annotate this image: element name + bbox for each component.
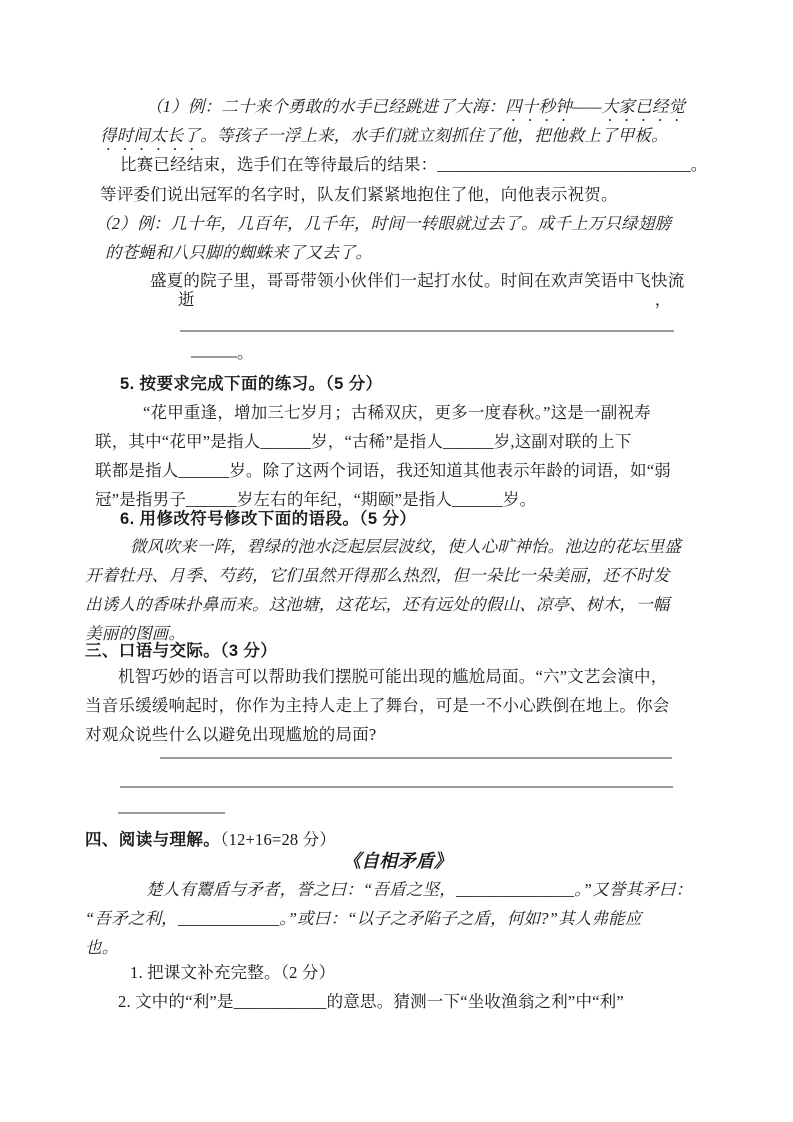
question6-line2: 开着牡丹、月季、芍药，它们虽然开得那么热烈，但一朵比一朵美丽，还不时发 [85, 563, 670, 589]
question5-line2: 联，其中“花甲”是指人______岁，“古稀”是指人______岁,这副对联的上… [95, 429, 632, 455]
question5-line1: “花甲重逢，增加三七岁月；古稀双庆，更多一度春秋。”这是一副祝寿 [143, 400, 651, 426]
answer-line [160, 757, 672, 759]
question6-heading: 6. 用修改符号修改下面的语段。（5 分） [120, 506, 416, 532]
answer-line [180, 330, 674, 332]
section3-line1: 机智巧妙的语言可以帮助我们摆脱可能出现的尴尬局面。“六”文艺会演中， [118, 664, 667, 690]
reading-item2: 2. 文中的“利”是___________的意思。猜测一下“坐收渔翁之利”中“利… [118, 989, 624, 1015]
question6-line3: 出诱人的香味扑鼻而来。这池塘，这花坛，还有远处的假山、凉亭、树木，一幅 [85, 592, 670, 618]
passage-line2: “吾矛之利，____________。”或曰：“以子之矛陷子之盾，何如?”其人弗… [85, 906, 642, 932]
answer-line-short [118, 812, 225, 814]
example2-line2: 的苍蝇和八只脚的蜘蛛来了又去了。 [105, 240, 372, 266]
fill-in-sentence-congrats: 等评委们说出冠军的名字时，队友们紧紧地抱住了他，向他表示祝贺。 [100, 182, 618, 208]
passage-title: 《自相矛盾》 [85, 848, 710, 874]
char-shi: 逝 [178, 290, 195, 309]
emphasis-dots-text: 四十秒钟 [505, 97, 572, 116]
section4-heading-title: 四、阅读与理解。 [85, 831, 220, 849]
example1-line1: （1）例：二十来个勇敢的水手已经跳进了大海：四十秒钟——大家已经觉 [146, 94, 685, 125]
question5-heading: 5. 按要求完成下面的练习。（5 分） [120, 371, 382, 397]
section3-heading: 三、口语与交际。（3 分） [85, 638, 277, 664]
emphasis-dots-text: 得时间太长了 [100, 126, 200, 145]
fill-in-sentence-result: 比赛已经结束，选手们在等待最后的结果：_____________________… [120, 152, 708, 178]
answer-line [120, 786, 673, 788]
question5-line3: 联都是指人______岁。除了这两个词语，我还知道其他表示年龄的词语，如“弱 [95, 458, 671, 484]
section3-line2: 当音乐缓缓响起时，你作为主持人走上了舞台，可是一不小心跌倒在地上。你会 [85, 693, 670, 719]
answer-blank [191, 343, 237, 358]
reading-item1: 1. 把课文补充完整。（2 分） [130, 960, 335, 986]
question6-line1: 微风吹来一阵，碧绿的池水泛起层层波纹，使人心旷神怡。池边的花坛里盛 [130, 534, 681, 560]
example1-line2-text: 。等孩子一浮上来，水手们就立刻抓住了他，把他救上了甲板。 [200, 126, 668, 145]
answer-blank-with-period: 。 [191, 340, 254, 366]
period: 。 [237, 343, 254, 362]
em-dash: —— [572, 97, 602, 116]
exam-paper-page: （1）例：二十来个勇敢的水手已经跳进了大海：四十秒钟——大家已经觉 得时间太长了… [0, 0, 793, 1122]
emphasis-dots-text: 大家已经觉 [602, 97, 686, 116]
example1-line2: 得时间太长了。等孩子一浮上来，水手们就立刻抓住了他，把他救上了甲板。 [100, 123, 668, 154]
example1-line1-text: （1）例：二十来个勇敢的水手已经跳进了大海： [146, 97, 505, 116]
trailing-comma: ， [655, 290, 672, 309]
section4-heading-score: （12+16=28 分） [220, 830, 336, 849]
example2-line1: （2）例：几十年，几百年，几千年，时间一转眼就过去了。成千上万只绿翅膀 [95, 211, 671, 237]
passage-line3: 也。 [85, 935, 118, 961]
passage-line1: 楚人有鬻盾与矛者，誉之曰：“吾盾之坚，______________。”又誉其矛曰… [146, 877, 692, 903]
fill-in-sentence-continuation: 逝， [178, 287, 671, 313]
section3-line3: 对观众说些什么以避免出现尴尬的局面? [85, 722, 376, 748]
